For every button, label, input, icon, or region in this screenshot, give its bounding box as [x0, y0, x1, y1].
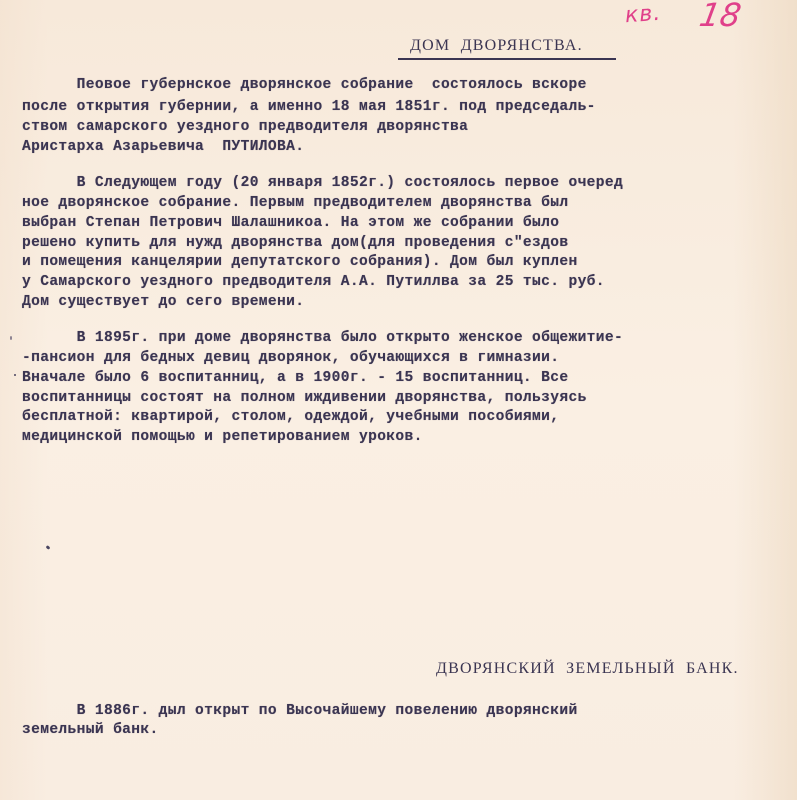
- paragraph-line: медицинской помощью и репетированием уро…: [22, 429, 423, 445]
- paragraph-line: В Следующем году (20 января 1852г.) сост…: [22, 175, 623, 191]
- paragraph-line: Аристарха Азарьевича ПУТИЛОВА.: [22, 139, 304, 155]
- paragraph-line: В 1895г. при доме дворянства было открыт…: [22, 330, 623, 346]
- section-heading-bank: ДВОРЯНСКИЙ ЗЕМЕЛЬНЫЙ БАНК.: [436, 660, 739, 678]
- paragraph-line: после открытия губернии, а именно 18 мая…: [22, 99, 596, 115]
- paragraph-line: -пансион для бедных девиц дворянок, обуч…: [22, 350, 559, 366]
- handwritten-annotation-prefix: кв.: [624, 1, 662, 28]
- paragraph-line: земельный банк.: [22, 722, 159, 738]
- paragraph-line: Пеовое губернское дворянское собрание со…: [22, 77, 587, 93]
- document-page: кв. 18 ДОМ ДВОРЯНСТВА. Пеовое губернское…: [0, 0, 797, 800]
- paragraph-line: Дом существует до сего времени.: [22, 294, 304, 310]
- handwritten-annotation-number: 18: [697, 0, 744, 34]
- paragraph-line: В 1886г. дыл открыт по Высочайшему повел…: [22, 703, 578, 719]
- document-title: ДОМ ДВОРЯНСТВА.: [410, 37, 583, 55]
- paragraph-line: бесплатной: квартирой, столом, одеждой, …: [22, 409, 559, 425]
- title-underline: [398, 58, 616, 60]
- paragraph-line: воспитанницы состоят на полном иждивении…: [22, 390, 587, 406]
- ink-speck: [10, 336, 12, 340]
- paragraph-line: выбран Степан Петрович Шалашникоа. На эт…: [22, 215, 559, 231]
- paragraph-line: решено купить для нужд дворянства дом(дл…: [22, 235, 568, 251]
- paragraph-line: Вначале было 6 воспитанниц, а в 1900г. -…: [22, 370, 568, 386]
- paragraph-line: у Самарского уездного предводителя А.А. …: [22, 274, 605, 290]
- paragraph-line: ное дворянское собрание. Первым предводи…: [22, 195, 568, 211]
- paragraph-line: и помещения канцелярии депутатского собр…: [22, 254, 578, 270]
- ink-speck: [46, 545, 51, 550]
- paragraph-line: ством самарского уездного предводителя д…: [22, 119, 468, 135]
- ink-speck: [14, 374, 16, 376]
